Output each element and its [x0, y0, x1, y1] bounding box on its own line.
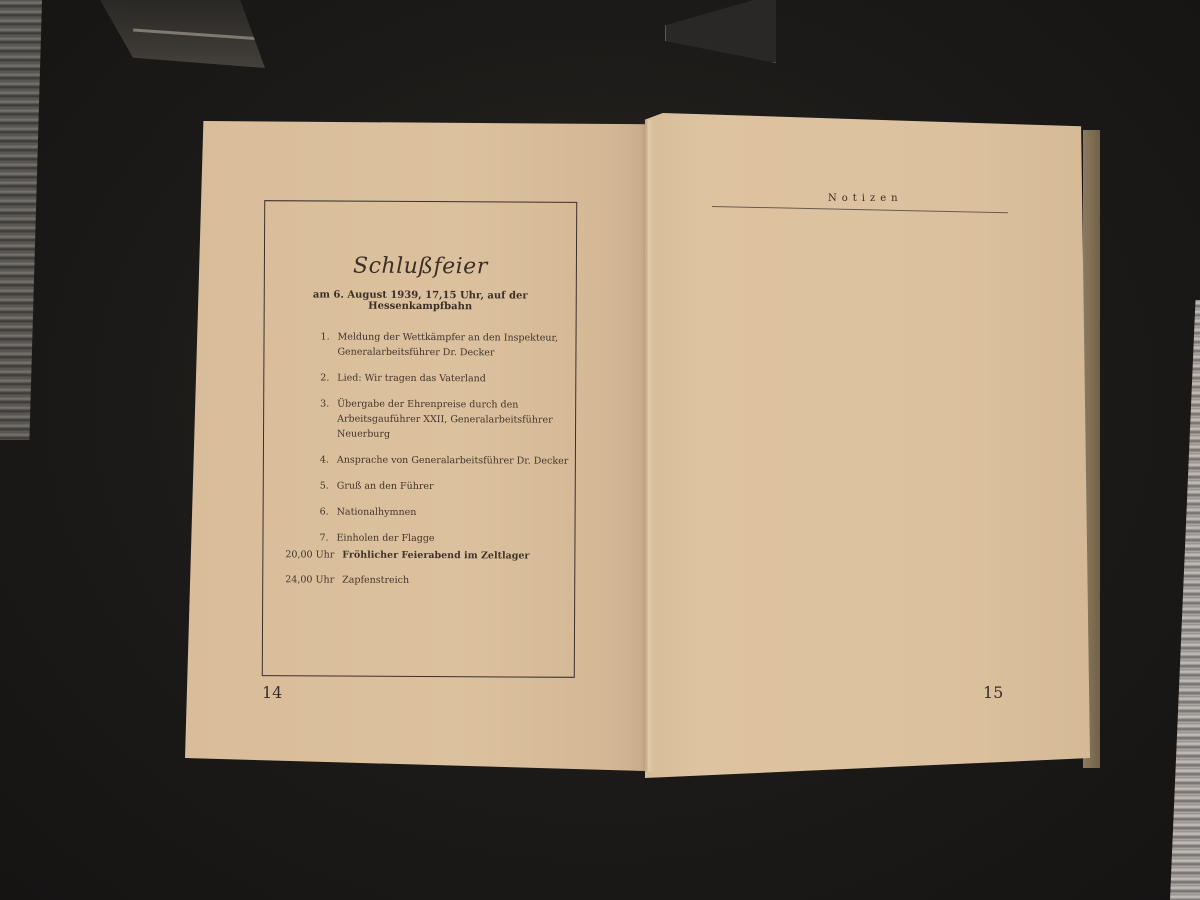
- program-item-number: 4.: [320, 452, 337, 467]
- program-item: 2. Lied: Wir tragen das Vaterland: [320, 370, 576, 386]
- program-item-text: Einholen der Flagge: [336, 531, 575, 547]
- program-item-number: 1.: [320, 329, 337, 359]
- evening-schedule: 20,00 Uhr Fröhlicher Feierabend im Zeltl…: [285, 549, 575, 601]
- program-item-number: 5.: [320, 478, 337, 493]
- program-item-text: Ansprache von Generalarbeitsführer Dr. D…: [337, 453, 576, 469]
- program-item: 7. Einholen der Flagge: [319, 530, 575, 546]
- program-item-text: Gruß an den Führer: [337, 479, 576, 495]
- evening-item: 20,00 Uhr Fröhlicher Feierabend im Zeltl…: [285, 549, 575, 562]
- page-number-left: 14: [262, 683, 282, 702]
- program-item: 1. Meldung der Wettkämpfer an den Inspek…: [320, 329, 576, 360]
- program-item-number: 2.: [320, 370, 337, 385]
- evening-time: 20,00 Uhr: [285, 549, 334, 560]
- program-item-number: 7.: [319, 530, 336, 545]
- program-list: 1. Meldung der Wettkämpfer an den Inspek…: [319, 329, 576, 557]
- program-item-text: Nationalhymnen: [337, 505, 576, 521]
- page-number-right: 15: [983, 683, 1003, 702]
- evening-text: Fröhlicher Feierabend im Zeltlager: [342, 550, 529, 562]
- program-item-number: 6.: [320, 504, 337, 519]
- open-booklet: Schlußfeier am 6. August 1939, 17,15 Uhr…: [0, 0, 1200, 900]
- program-title: Schlußfeier: [265, 253, 576, 280]
- program-item-number: 3.: [320, 396, 337, 441]
- right-page: [645, 113, 1090, 778]
- booklet-gutter: [640, 120, 654, 772]
- notes-heading: Notizen: [828, 193, 903, 204]
- program-item-text: Lied: Wir tragen das Vaterland: [337, 371, 576, 387]
- program-item: 3. Übergabe der Ehrenpreise durch den Ar…: [320, 396, 576, 442]
- program-subtitle: am 6. August 1939, 17,15 Uhr, auf der He…: [265, 289, 576, 313]
- evening-text: Zapfenstreich: [342, 575, 409, 586]
- program-item: 6. Nationalhymnen: [320, 504, 576, 520]
- evening-time: 24,00 Uhr: [285, 574, 334, 585]
- program-item-text: Übergabe der Ehrenpreise durch den Arbei…: [337, 397, 576, 443]
- evening-item: 24,00 Uhr Zapfenstreich: [285, 574, 575, 587]
- program-frame: Schlußfeier am 6. August 1939, 17,15 Uhr…: [262, 200, 577, 678]
- program-item-text: Meldung der Wettkämpfer an den Inspekteu…: [337, 330, 576, 361]
- program-item: 5. Gruß an den Führer: [320, 478, 576, 494]
- program-item: 4. Ansprache von Generalarbeitsführer Dr…: [320, 452, 576, 468]
